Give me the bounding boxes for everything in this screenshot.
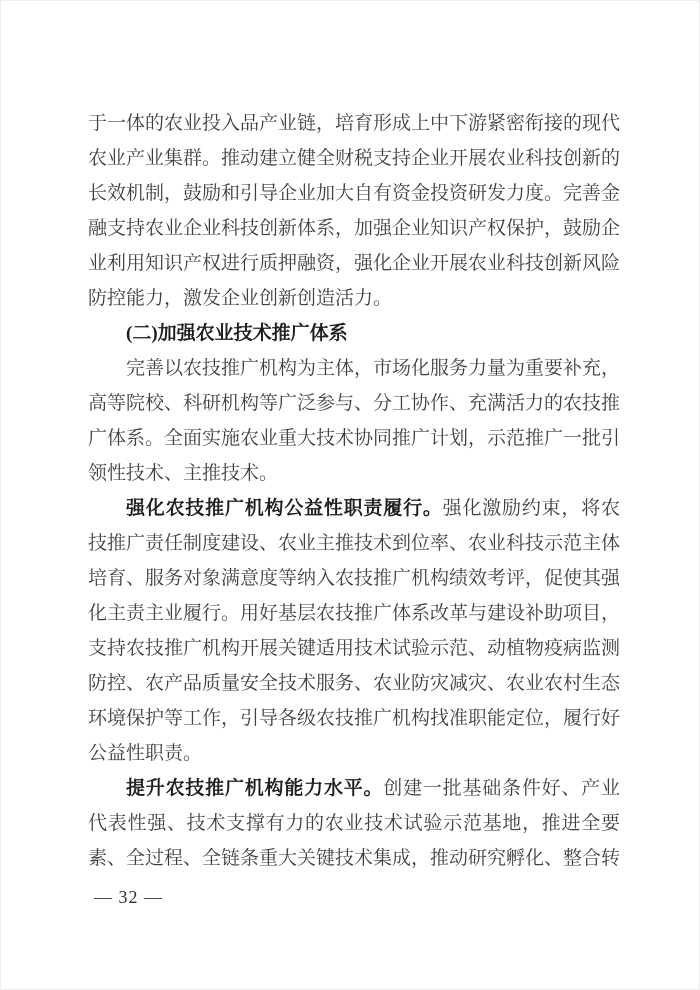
paragraph: 强化农技推广机构公益性职责履行。强化激励约束，将农技推广责任制度建设、农业主推技… xyxy=(88,491,620,771)
body-text: 于一体的农业投入品产业链，培育形成上中下游紧密衔接的现代农业产业集群。推动建立健… xyxy=(88,113,620,309)
page-number: — 32 — xyxy=(94,884,163,910)
bold-lead-text: 提升农技推广机构能力水平。 xyxy=(126,778,383,799)
body-text: 完善以农技推广机构为主体，市场化服务力量为重要补充，高等院校、科研机构等广泛参与… xyxy=(88,358,620,484)
bold-lead-text: (二)加强农业技术推广体系 xyxy=(126,323,348,344)
paragraph: 于一体的农业投入品产业链，培育形成上中下游紧密衔接的现代农业产业集群。推动建立健… xyxy=(88,106,620,316)
body-text: 强化激励约束，将农技推广责任制度建设、农业主推技术到位率、农业科技示范主体培育、… xyxy=(88,498,620,764)
document-text-block: 于一体的农业投入品产业链，培育形成上中下游紧密衔接的现代农业产业集群。推动建立健… xyxy=(88,106,620,878)
paragraph: 提升农技推广机构能力水平。创建一批基础条件好、产业代表性强、技术支撑有力的农业技… xyxy=(88,771,620,878)
paragraph: 完善以农技推广机构为主体，市场化服务力量为重要补充，高等院校、科研机构等广泛参与… xyxy=(88,351,620,491)
section-heading: (二)加强农业技术推广体系 xyxy=(88,316,620,351)
bold-lead-text: 强化农技推广机构公益性职责履行。 xyxy=(126,498,443,519)
document-page: 于一体的农业投入品产业链，培育形成上中下游紧密衔接的现代农业产业集群。推动建立健… xyxy=(0,0,700,990)
